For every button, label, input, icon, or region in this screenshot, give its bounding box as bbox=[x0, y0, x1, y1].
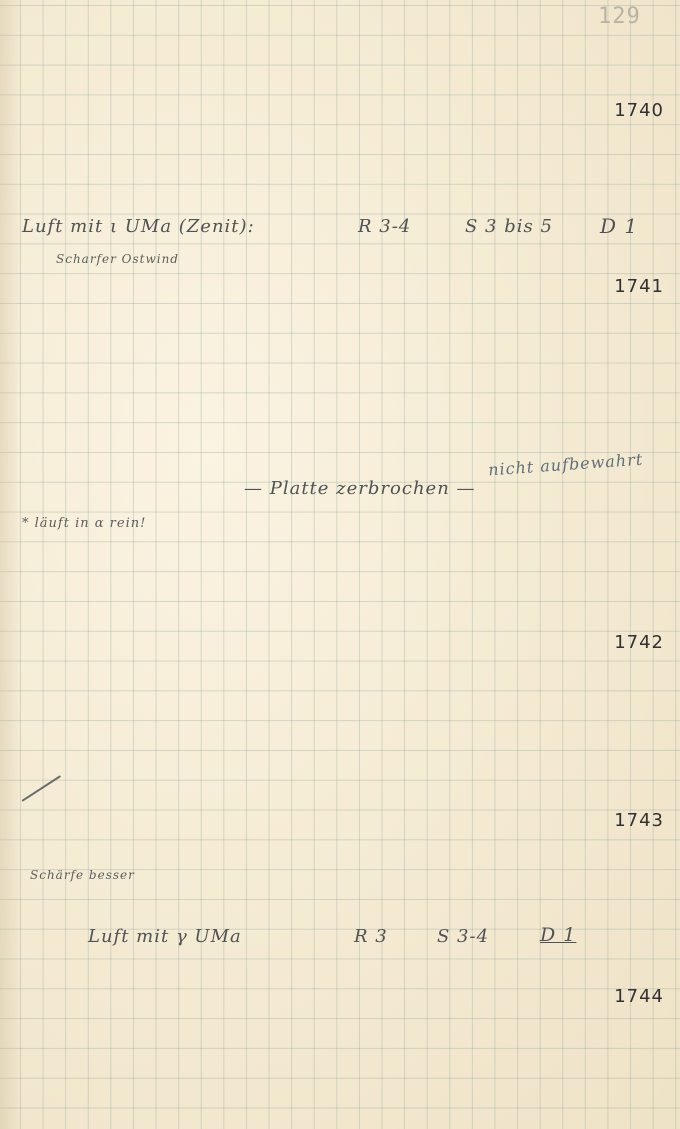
plate-number-1743: 1743 bbox=[614, 810, 664, 831]
entry-1740-s-value: S 3 bis 5 bbox=[465, 216, 553, 237]
entry-1741-annotation: nicht aufbewahrt bbox=[488, 450, 644, 480]
entry-1740-remark: Scharfer Ostwind bbox=[56, 252, 179, 266]
entry-1740-r-value: R 3-4 bbox=[358, 216, 411, 237]
entry-1744-r-value: R 3 bbox=[354, 926, 388, 947]
page-number-stamp: 129 bbox=[598, 4, 641, 29]
entry-1744-d-value: D 1 bbox=[540, 924, 576, 946]
plate-number-1742: 1742 bbox=[614, 632, 664, 653]
entry-1743-remark: Schärfe besser bbox=[30, 868, 135, 882]
entry-1740-object: Luft mit ι UMa (Zenit): bbox=[22, 216, 255, 237]
page-edge-shadow bbox=[0, 0, 22, 1129]
notebook-page: 129 1740 1741 1742 1743 1744 Luft mit ι … bbox=[0, 0, 680, 1129]
entry-1740-d-value: D 1 bbox=[600, 214, 638, 238]
entry-1744-object: Luft mit γ UMa bbox=[88, 926, 242, 947]
entry-1741-note: — Platte zerbrochen — bbox=[244, 478, 476, 499]
plate-number-1740: 1740 bbox=[614, 100, 664, 121]
plate-number-1741: 1741 bbox=[614, 276, 664, 297]
entry-1744-s-value: S 3-4 bbox=[437, 926, 489, 947]
entry-1741-footnote: * läuft in α rein! bbox=[22, 516, 146, 531]
pencil-stroke-mark bbox=[21, 775, 61, 802]
plate-number-1744: 1744 bbox=[614, 986, 664, 1007]
